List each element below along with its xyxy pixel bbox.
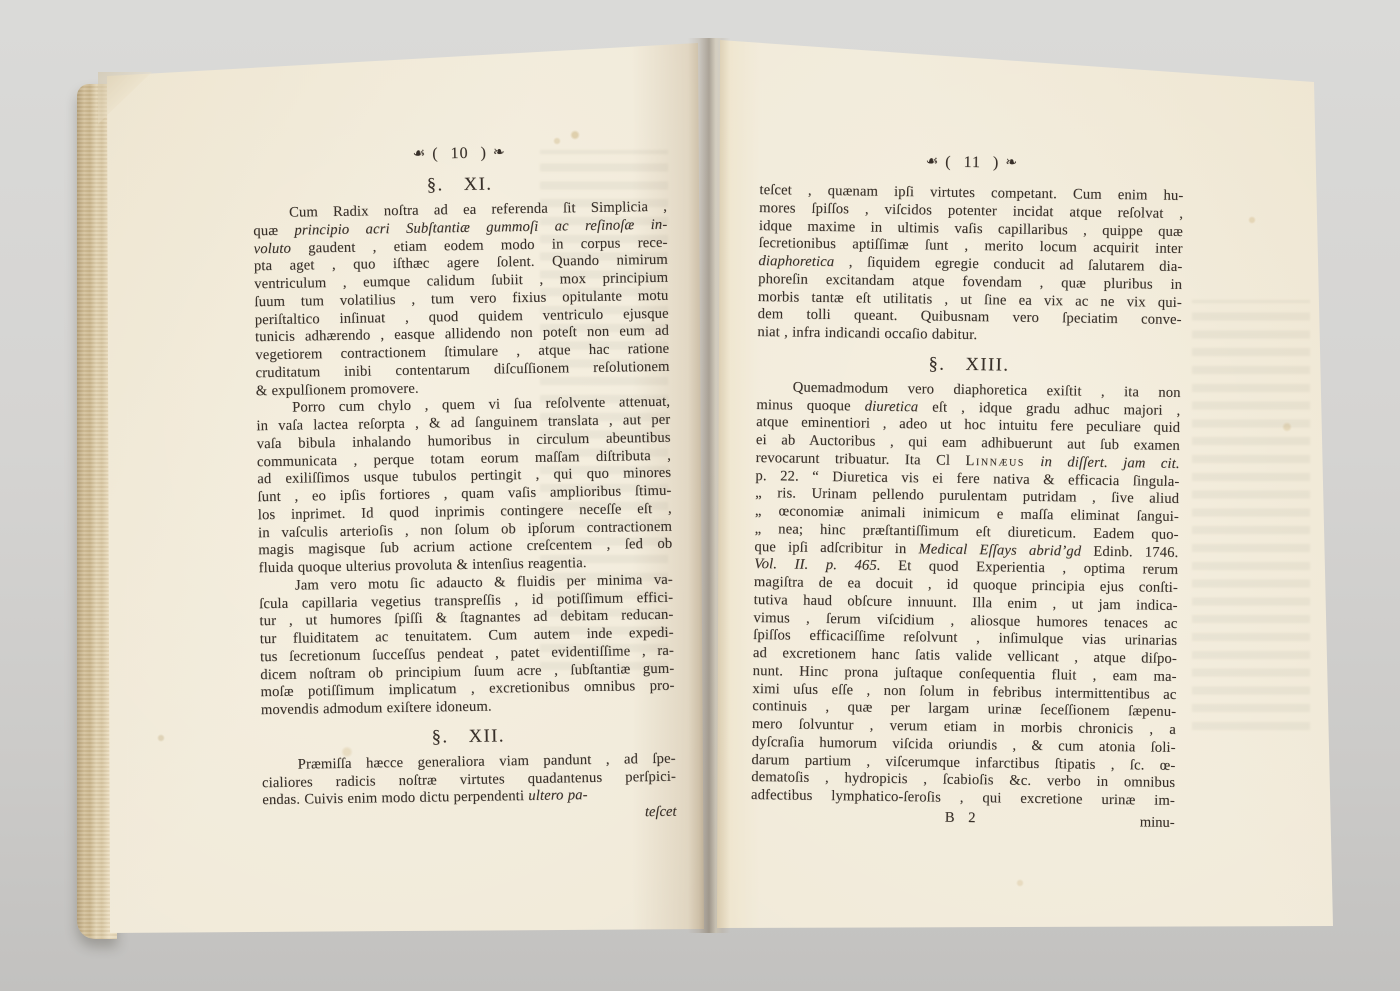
italic-text: voluto [254, 240, 292, 257]
body-text: minus quoque [756, 397, 864, 415]
fleuron-ornament-left: ☙ [413, 146, 427, 162]
page-number: ( 10 ) [432, 145, 487, 163]
page-number: ( 11 ) [945, 154, 999, 172]
section-heading: §. XI. [252, 170, 666, 200]
body-text: & expulſionem promovere. [256, 380, 419, 399]
fleuron-ornament-right: ❧ [1005, 154, 1018, 170]
body-text: endas. Cuivis enim modo dictu perpendent… [262, 788, 528, 808]
body-text: que ipſi adſcribitur in [754, 539, 918, 557]
book-gutter-shadow [688, 38, 730, 933]
body-text: niat , infra indicandi occaſio dabitur. [757, 324, 977, 343]
body-text: revocarunt tribuatur. Ita Cl [756, 450, 966, 469]
italic-text: diaphoretica [758, 253, 834, 270]
body-text: eſt , idque gradu adhuc majori , [918, 399, 1180, 419]
body-text: movendis admodum exiſtere idoneum. [261, 699, 492, 719]
body-text: quæ [253, 222, 294, 239]
author-smallcaps: Linnæus [965, 453, 1025, 470]
italic-text: ultero pa- [528, 787, 588, 804]
body-text [1025, 454, 1041, 470]
body-text: Edinb. 1746. [1081, 543, 1178, 560]
catchword: teſcet [645, 804, 677, 820]
italic-text: diuretica [865, 398, 919, 415]
section-heading: §. XIII. [757, 350, 1181, 380]
fleuron-ornament-left: ☙ [926, 153, 940, 169]
signature-mark: B 2 [945, 809, 981, 825]
page-header: ☙( 11 )❧ [760, 149, 1184, 177]
italic-text: Vol. II. p. 465. [754, 556, 881, 574]
left-page-text: ☙( 10 )❧§. XI.Cum Radix noſtra ad ea ref… [252, 140, 677, 828]
catchword: minu- [1140, 812, 1175, 832]
section-heading: §. XII. [261, 721, 675, 751]
fleuron-ornament-right: ❧ [493, 144, 506, 160]
right-page-text: ☙( 11 )❧teſcet , quænam ipſi virtutes co… [751, 149, 1184, 831]
photograph-background: ☙( 10 )❧§. XI.Cum Radix noſtra ad ea ref… [0, 0, 1400, 991]
italic-text: Medical Eſſays abrid’gd [918, 541, 1081, 559]
body-text: Et quod Experientia , optima rerum [881, 558, 1179, 578]
italic-text: in diſſert. jam cit. [1040, 454, 1180, 472]
